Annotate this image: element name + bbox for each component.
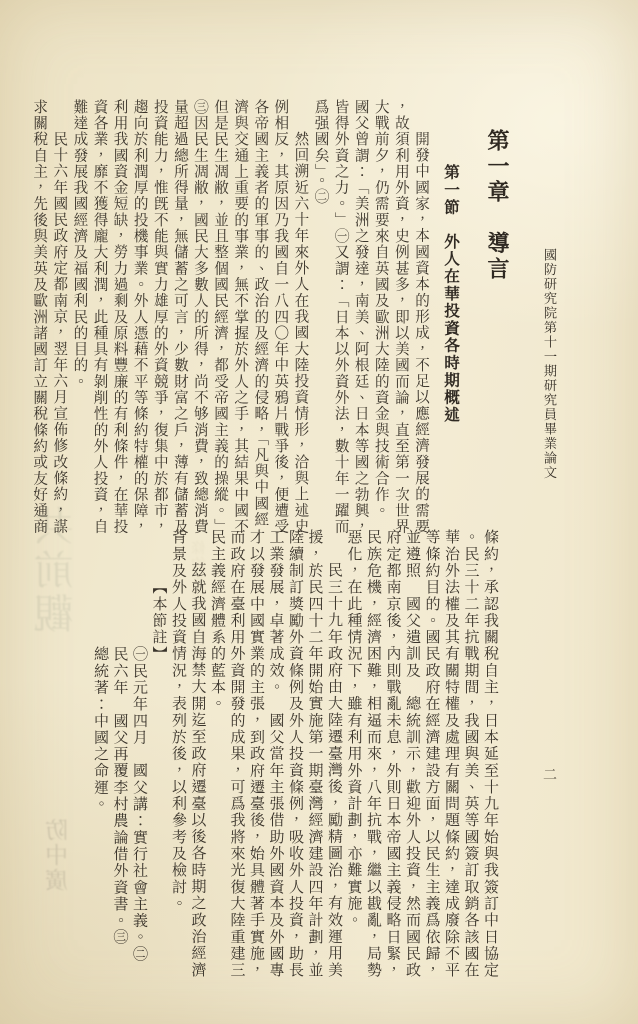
text-column: 各帝國主義者的軍事的、政治的及經濟的侵略，「凡與中國經 xyxy=(250,99,270,525)
text-column: 工業發展，卓著成效。 國父當年主張借助外國資本及外國專 xyxy=(265,529,285,965)
text-column: 大戰前夕，仍需要來自英國及歐洲大陸的資金與技術合作。 xyxy=(371,99,391,525)
text-column: 然回溯近六十年來外人在我國大陸投資情形，洽與上述史 xyxy=(290,99,310,525)
text-column: 利用我國資金短缺，勞力過剩及原料豐廉的有利條件，在華投 xyxy=(110,99,130,525)
text-column: 並遵照 國父遺訓及 總統訓示，歡迎外人投資，然而國民政 xyxy=(402,529,422,965)
text-column: 而政府在臺利用外資開發的成果，可爲我將來光復大陸重建三 xyxy=(226,529,246,965)
text-column: ㊀民元年四月 國父講：實行社會主義。㊁ xyxy=(129,529,149,965)
text-band-bottom: 條約，承認我關稅自主，日本延至十九年始與我簽訂中日協定。民三十二年抗戰期間，我國… xyxy=(89,529,499,965)
page-number: 二 xyxy=(538,767,558,781)
text-column: 求關稅自主，先後與美英及歐洲諸國訂立關稅條約或友好通商 xyxy=(29,99,49,525)
text-column: 。民三十二年抗戰期間，我國與美、英等國簽訂取銷各該國在 xyxy=(460,529,480,965)
text-column: 國父曾謂：「美洲之發達，南美、阿根廷、日本等國之勃興， xyxy=(351,99,371,525)
text-column: 開發中國家，本國資本的形成，不足以應經濟發展的需要 xyxy=(411,99,431,525)
text-column: 等條約目的。國民政府在經濟建設方面，以民生主義爲依歸， xyxy=(421,529,441,965)
text-column: 量超過總所得量，無儲蓄之可言，少數財富之戶，薄有儲蓄及 xyxy=(170,99,190,525)
document-header: 國防研究院第十一期研究員畢業論文 xyxy=(539,248,559,480)
text-column: 但是民生凋敝，並且整個國民經濟，都受帝國主義的操縱。」 xyxy=(210,99,230,525)
text-column: 例相反，其原因乃我國自一八四〇年中英鴉片戰爭後，便遭受 xyxy=(270,99,290,525)
scanned-thesis-page: 國防研究院第十一期研究員畢業論文 第一章 導言 第一節 外人在華投資各時期概述 … xyxy=(0,0,638,1024)
text-band-top: 開發中國家，本國資本的形成，不足以應經濟發展的需要，故須利用外資，史例甚多，即以… xyxy=(29,99,431,525)
text-column: 民十六年國民政府定都南京，翌年六月宣佈修改條約，謀 xyxy=(49,99,69,525)
text-column: 爲强國矣」。㊁ xyxy=(310,99,330,525)
text-column: 皆得外資之力。」㊀又謂：「日本以外資外法，數十年一躍而 xyxy=(331,99,351,525)
bleed-through-text-corner: 防中廣 xyxy=(46,818,72,893)
text-column: 濟與交通上重要的事業，無不掌握於外人之手，其結果中國不 xyxy=(230,99,250,525)
text-column: 背景及外人投資情況，表列於後，以利參考及檢討。 xyxy=(168,529,188,965)
text-column: 府定都南京後，內則戰亂未息，外則日本帝國主義侵略日緊， xyxy=(382,529,402,965)
text-column: 民主義經濟體系的藍本。 xyxy=(207,529,227,965)
text-column: 投資能力，惟旣不能與實力雄厚的外資競爭，復集中於都市， xyxy=(150,99,170,525)
text-column: 條約，承認我關稅自主，日本延至十九年始與我簽訂中日協定 xyxy=(480,529,500,965)
text-column: 【本節註】 xyxy=(148,529,168,965)
text-column: ，故須利用外資，史例甚多，即以美國而論，直至第一次世界 xyxy=(391,99,411,525)
text-column: 陸續制訂獎勵外資條例及外人投資條例，吸收外人投資，助長 xyxy=(285,529,305,965)
section-title: 第一節 外人在華投資各時期概述 xyxy=(439,164,461,424)
text-column: 民六年 國父再覆李村農論借外資書。㊂ xyxy=(109,529,129,965)
text-column: 華治外法權及其有關特權及處理有關問題條約，達成廢除不平 xyxy=(441,529,461,965)
text-column: 才以發展中國實業的主張，到政府遷臺後，始具體著手實施， xyxy=(246,529,266,965)
text-column: 援，於民四十二年開始實施第一期臺灣經濟建設四年計劃，並 xyxy=(304,529,324,965)
text-column: 民三十九年政府由大陸遷臺灣後，勵精圖治，有效運用美 xyxy=(324,529,344,965)
text-column: 資各業，靡不獲得龐大利潤，此種具有剝削性的外人投資，自 xyxy=(89,99,109,525)
chapter-title: 第一章 導言 xyxy=(483,129,511,283)
text-column: 惡化，在此種情況下，雖有利用外資計劃，亦難實施。 xyxy=(343,529,363,965)
text-column: 民族危機，經濟困難，相逼而來，八年抗戰，繼以戡亂，局勢 xyxy=(363,529,383,965)
text-column: 茲就我國自海禁大開迄至政府遷臺以後各時期之政治經濟 xyxy=(187,529,207,965)
text-column: 趨向於利潤厚的投機事業。外人憑藉不平等條約特權的保障， xyxy=(130,99,150,525)
text-column: 總統著：中國之命運。 xyxy=(90,529,110,965)
text-column: ㊂因民生凋敝，國民大多數人的所得，尚不够消費，致總消費 xyxy=(190,99,210,525)
text-column: 難達成發展我國經濟及福國利民的目的。 xyxy=(69,99,89,525)
